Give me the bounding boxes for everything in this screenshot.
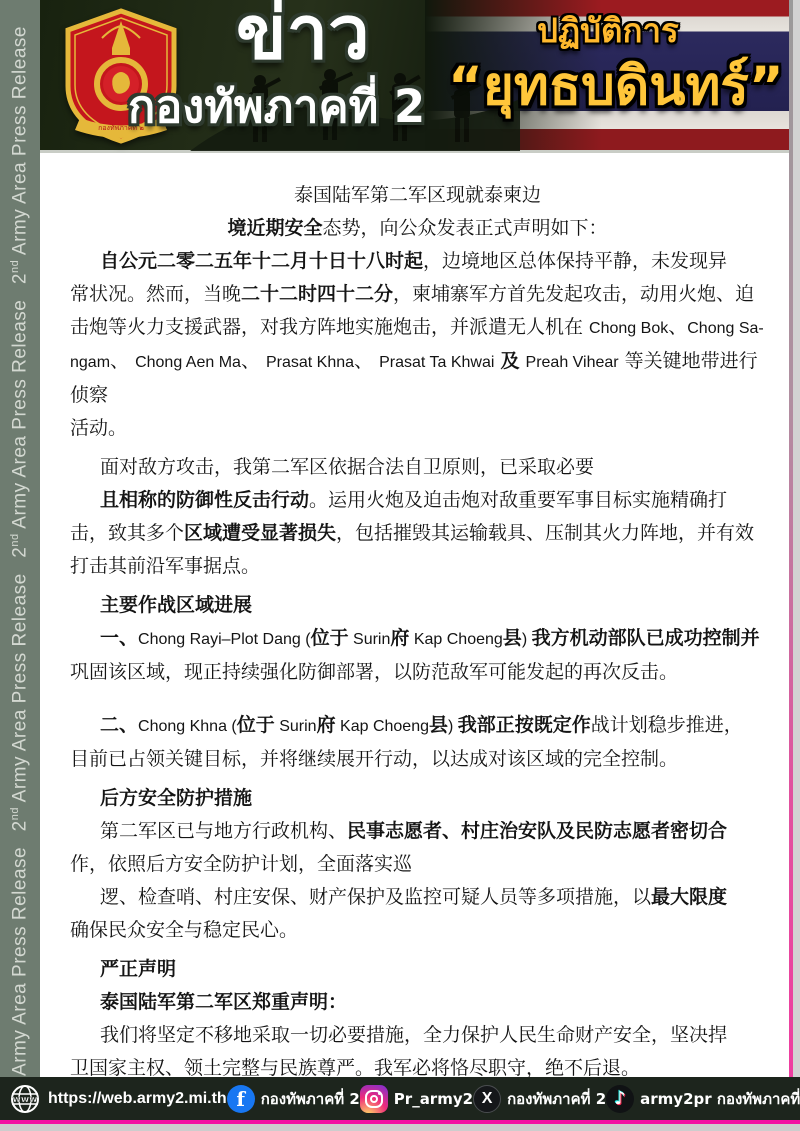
text-run: 卫国家主权、领土完整与民族尊严。我军必将恪尽职守，绝不后退。 (70, 1057, 640, 1079)
text-run: 作，依照后方安全防护计划，全面落实巡 (70, 853, 412, 875)
text-run: 、 (110, 350, 135, 372)
text-line: 作，依照后方安全防护计划，全面落实巡 (70, 848, 765, 881)
text-line: 一、Chong Rayi–Plot Dang (位于 Surin府 Kap Ch… (70, 622, 765, 656)
text-run: 巩固该区域，现正持续强化防御部署，以防范敌军可能发起的再次反击。 (70, 661, 678, 683)
text-line: 确保民众安全与稳定民心。 (70, 914, 765, 947)
header-title-army-area: กองทัพภาคที่ 2 (128, 84, 425, 129)
footer-x[interactable]: X กองทัพภาคที่ 2 (473, 1085, 606, 1113)
text-run: 我方机动部队已成功控制并 (532, 627, 760, 649)
text-run: ，边境地区总体保持平静，未发现异 (423, 250, 727, 272)
text-run: 击，致其多个 (70, 522, 184, 544)
text-line: 第二军区已与地方行政机构、民事志愿者、村庄治安队及民防志愿者密切合 (70, 815, 765, 848)
text-run: 我们将坚定不移地采取一切必要措施，全力保护人民生命财产安全，坚决捍 (100, 1024, 727, 1046)
text-line: 泰国陆军第二军区郑重声明： (70, 986, 765, 1019)
text-run: ngam (70, 354, 110, 371)
text-run: Surin (275, 718, 317, 735)
facebook-icon: f (227, 1085, 255, 1113)
instagram-handle[interactable]: Pr_army2 (394, 1090, 473, 1108)
text-line: ngam、 Chong Aen Ma、 Prasat Khna、 Prasat … (70, 345, 765, 412)
text-run: 面对敌方攻击，我第二军区依据合法自卫原则，已采取必要 (100, 456, 594, 478)
operation-label: ปฏิบัติการ (537, 14, 679, 47)
text-run: Chong Khna ( (138, 718, 237, 735)
text-line: 境近期安全态势，向公众发表正式声明如下： (70, 212, 765, 245)
tiktok-handle[interactable]: army2pr กองทัพภาคที่ 2 (640, 1087, 800, 1111)
text-run: ，柬埔寨军方首先发起攻击，动用火炮、迫 (393, 283, 754, 305)
globe-www-icon: www (8, 1083, 42, 1115)
text-run: 确保民众安全与稳定民心。 (70, 919, 298, 941)
sidebar-watermark: 2nd Army Area Press Release2nd Army Area… (0, 0, 40, 1131)
text-line: 我们将坚定不移地采取一切必要措施，全力保护人民生命财产安全，坚决捍 (70, 1019, 765, 1052)
text-run: 一、 (100, 627, 138, 649)
text-run: 我部正按既定作 (458, 714, 591, 736)
text-line: 目前已占领关键目标，并将继续展开行动，以达成对该区域的完全控制。 (70, 743, 765, 776)
text-run: 逻、检查哨、村庄安保、财产保护及监控可疑人员等多项措施，以 (100, 886, 651, 908)
text-run: 位于 (237, 714, 275, 736)
text-run: 常状况。然而，当晚 (70, 283, 241, 305)
sidebar-watermark-text: 2nd Army Area Press Release (9, 26, 31, 284)
text-run: ) (448, 718, 458, 735)
text-run: 且相称的防御性反击行动 (100, 489, 309, 511)
text-line: 自公元二零二五年十二月十日十八时起，边境地区总体保持平静，未发现异 (70, 245, 765, 278)
text-run: Chong Bok (589, 320, 668, 337)
text-run: 二、 (100, 714, 138, 736)
text-run: 县 (429, 714, 448, 736)
text-run: 境近期安全 (227, 217, 322, 239)
press-release-page: 2nd Army Area Press Release2nd Army Area… (0, 0, 800, 1131)
text-run: Chong Sa- (687, 320, 764, 337)
text-line: 打击其前沿军事据点。 (70, 550, 765, 583)
text-run: 民事志愿者、村庄治安队及民防志愿者密切合 (347, 820, 727, 842)
operation-name: “ยุทธบดินทร์” (448, 58, 784, 116)
text-run: Prasat Ta Khwai (379, 354, 494, 371)
text-line: 后方安全防护措施 (70, 782, 765, 815)
document-body: 泰国陆军第二军区现就泰柬边境近期安全态势，向公众发表正式声明如下：自公元二零二五… (40, 153, 773, 1124)
sidebar-watermark-text: 2nd Army Area Press Release (9, 300, 31, 558)
text-line: 泰国陆军第二军区现就泰柬边 (70, 179, 765, 212)
sidebar-watermark-text: 2nd Army Area Press Release (9, 847, 31, 1105)
text-run: 。运用火炮及迫击炮对敌重要军事目标实施精确打 (309, 489, 727, 511)
text-run: 自公元二零二五年十二月十日十八时起 (100, 250, 423, 272)
footer-tiktok[interactable]: ♪ army2pr กองทัพภาคที่ 2 (606, 1085, 800, 1113)
text-run: Surin (349, 631, 391, 648)
ordinal-suffix: nd (9, 260, 21, 273)
text-run: 二十二时四十二分 (241, 283, 393, 305)
text-run: Chong Rayi–Plot Dang ( (138, 631, 311, 648)
text-line: 巩固该区域，现正持续强化防御部署，以防范敌军可能发起的再次反击。 (70, 656, 765, 689)
text-run: 府 (390, 627, 409, 649)
text-run: 区域遭受显著损失 (184, 522, 336, 544)
globe-www-text: www (13, 1095, 38, 1105)
text-line: 逻、检查哨、村庄安保、财产保护及监控可疑人员等多项措施，以最大限度 (70, 881, 765, 914)
tiktok-icon: ♪ (606, 1085, 634, 1113)
sidebar-watermark-rotor: 2nd Army Area Press Release2nd Army Area… (0, 0, 40, 1131)
footer-instagram[interactable]: Pr_army2 (360, 1085, 473, 1113)
instagram-icon (360, 1085, 388, 1113)
text-line: 活动。 (70, 412, 765, 445)
text-run: 击炮等火力支援武器，对我方阵地实施炮击，并派遣无人机在 (70, 316, 589, 338)
text-run: 及 (500, 350, 519, 372)
text-run: Chong Aen Ma (135, 354, 241, 371)
text-run: 严正声明 (100, 958, 176, 980)
text-line: 击炮等火力支援武器，对我方阵地实施炮击，并派遣无人机在 Chong Bok、Ch… (70, 311, 765, 345)
text-run: 县 (503, 627, 522, 649)
text-run: 位于 (311, 627, 349, 649)
text-run: Kap Choeng (409, 631, 502, 648)
text-run: 泰国陆军第二军区现就泰柬边 (294, 184, 541, 206)
text-line: 严正声明 (70, 953, 765, 986)
text-line: 常状况。然而，当晚二十二时四十二分，柬埔寨军方首先发起攻击，动用火炮、迫 (70, 278, 765, 311)
text-run: 、 (668, 316, 687, 338)
text-run: 第二军区已与地方行政机构、 (100, 820, 347, 842)
footer-website[interactable]: www https://web.army2.mi.th (8, 1083, 227, 1115)
text-line: 且相称的防御性反击行动。运用火炮及迫击炮对敌重要军事目标实施精确打 (70, 484, 765, 517)
text-run: ) (522, 631, 532, 648)
ordinal-suffix: nd (9, 533, 21, 546)
text-line: 二、Chong Khna (位于 Surin府 Kap Choeng县) 我部正… (70, 709, 765, 743)
text-run: 、 (241, 350, 266, 372)
text-run: Preah Vihear (526, 354, 619, 371)
ordinal-suffix: nd (9, 807, 21, 820)
footer-facebook[interactable]: f กองทัพภาคที่ 2 (227, 1085, 360, 1113)
footer-bar: www https://web.army2.mi.th f กองทัพภาคท… (0, 1077, 800, 1120)
text-line: 面对敌方攻击，我第二军区依据合法自卫原则，已采取必要 (70, 451, 765, 484)
bottom-gray-strip (0, 1124, 800, 1131)
right-gray-border (793, 0, 800, 1131)
text-run: Kap Choeng (336, 718, 429, 735)
text-run: 府 (317, 714, 336, 736)
text-run: 打击其前沿军事据点。 (70, 555, 260, 577)
header-title-news: ข่าว (236, 0, 370, 70)
text-run: 后方安全防护措施 (100, 787, 252, 809)
text-run: 活动。 (70, 417, 127, 439)
text-line: 击，致其多个区域遭受显著损失，包括摧毁其运输载具、压制其火力阵地，并有效 (70, 517, 765, 550)
text-run: 、 (354, 350, 379, 372)
text-run: Prasat Khna (266, 354, 354, 371)
text-run: ，包括摧毁其运输载具、压制其火力阵地，并有效 (336, 522, 754, 544)
text-line: 主要作战区域进展 (70, 589, 765, 622)
facebook-handle[interactable]: กองทัพภาคที่ 2 (261, 1087, 360, 1111)
text-run: 最大限度 (651, 886, 727, 908)
website-url[interactable]: https://web.army2.mi.th (48, 1090, 227, 1108)
text-run: 泰国陆军第二军区郑重声明： (100, 991, 347, 1013)
text-run: 目前已占领关键目标，并将继续展开行动，以达成对该区域的完全控制。 (70, 748, 678, 770)
text-run: 主要作战区域进展 (100, 594, 252, 616)
text-run: 态势，向公众发表正式声明如下： (323, 217, 608, 239)
header-banner: กองทัพภาคที่ ๒ ข่าว กองทัพภาคที่ 2 ปฏิบั… (40, 0, 793, 153)
sidebar-watermark-text: 2nd Army Area Press Release (9, 573, 31, 831)
text-run: 战计划稳步推进， (591, 714, 743, 736)
x-icon: X (473, 1085, 501, 1113)
x-handle[interactable]: กองทัพภาคที่ 2 (507, 1087, 606, 1111)
